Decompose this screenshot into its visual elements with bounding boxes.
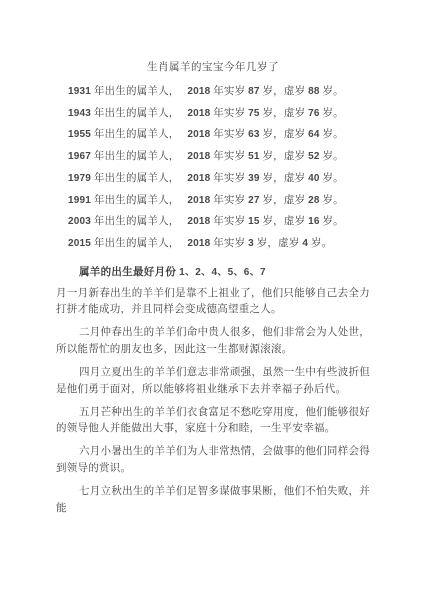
birth-year: 1943 bbox=[68, 108, 91, 119]
born-text: 年出生的属羊人， bbox=[94, 108, 180, 119]
mid-text: 岁，虚岁 bbox=[262, 195, 305, 206]
real-age: 75 bbox=[248, 108, 260, 119]
real-age-label: 年实岁 bbox=[213, 151, 245, 162]
age-row: 1991 年出生的属羊人， 2018 年实岁 27 岁，虚岁 28 岁。 bbox=[68, 190, 370, 212]
birth-year: 1955 bbox=[68, 129, 91, 140]
real-age-label: 年实岁 bbox=[213, 129, 245, 140]
real-age: 15 bbox=[248, 216, 260, 227]
ref-year: 2018 bbox=[187, 216, 210, 227]
ref-year: 2018 bbox=[187, 173, 210, 184]
real-age: 39 bbox=[248, 173, 260, 184]
end-text: 岁。 bbox=[311, 238, 332, 249]
nominal-age: 76 bbox=[308, 108, 320, 119]
ref-year: 2018 bbox=[187, 108, 210, 119]
born-text: 年出生的属羊人， bbox=[94, 173, 180, 184]
mid-text: 岁，虚岁 bbox=[262, 86, 305, 97]
birth-year: 1967 bbox=[68, 151, 91, 162]
nominal-age: 40 bbox=[308, 173, 320, 184]
document-content: 生肖属羊的宝宝今年几岁了 1931 年出生的属羊人， 2018 年实岁 87 岁… bbox=[56, 61, 370, 517]
mid-text: 岁，虚岁 bbox=[262, 173, 305, 184]
birth-year: 1931 bbox=[68, 86, 91, 97]
mid-text: 岁，虚岁 bbox=[257, 238, 300, 249]
end-text: 岁。 bbox=[322, 108, 343, 119]
real-age: 3 bbox=[248, 238, 254, 249]
page-title: 生肖属羊的宝宝今年几岁了 bbox=[56, 61, 370, 74]
born-text: 年出生的属羊人， bbox=[94, 238, 180, 249]
best-months-numbers: 1、2、4、5、6、7 bbox=[179, 267, 266, 278]
age-row: 1943 年出生的属羊人， 2018 年实岁 75 岁，虚岁 76 岁。 bbox=[68, 103, 370, 125]
nominal-age: 52 bbox=[308, 151, 320, 162]
ref-year: 2018 bbox=[187, 86, 210, 97]
paragraph-may: 五月芒种出生的羊羊们衣食富足不愁吃穿用度，他们能够很好的领导他人并能做出大事，家… bbox=[56, 405, 370, 438]
paragraph-july: 七月立秋出生的羊羊们足智多谋做事果断，他们不怕失败，并能 bbox=[56, 484, 370, 517]
best-months-label: 属羊的出生最好月份 bbox=[79, 267, 176, 278]
born-text: 年出生的属羊人， bbox=[94, 129, 180, 140]
age-row: 1955 年出生的属羊人， 2018 年实岁 63 岁，虚岁 64 岁。 bbox=[68, 124, 370, 146]
paragraph-june: 六月小暑出生的羊羊们为人非常热情，会做事的他们同样会得到领导的赏识。 bbox=[56, 444, 370, 477]
paragraph-january: 月一月新春出生的羊羊们是靠不上祖业了，他们只能够自己去全力打拼才能成功，并且同样… bbox=[56, 286, 370, 319]
birth-year: 1991 bbox=[68, 195, 91, 206]
mid-text: 岁，虚岁 bbox=[262, 151, 305, 162]
real-age: 87 bbox=[248, 86, 260, 97]
nominal-age: 28 bbox=[308, 195, 320, 206]
real-age: 27 bbox=[248, 195, 260, 206]
real-age-label: 年实岁 bbox=[213, 173, 245, 184]
mid-text: 岁，虚岁 bbox=[262, 129, 305, 140]
end-text: 岁。 bbox=[322, 86, 343, 97]
end-text: 岁。 bbox=[322, 151, 343, 162]
age-list: 1931 年出生的属羊人， 2018 年实岁 87 岁，虚岁 88 岁。 194… bbox=[68, 81, 370, 255]
ref-year: 2018 bbox=[187, 238, 210, 249]
real-age-label: 年实岁 bbox=[213, 238, 245, 249]
real-age: 51 bbox=[248, 151, 260, 162]
age-row: 2003 年出生的属羊人， 2018 年实岁 15 岁，虚岁 16 岁。 bbox=[68, 211, 370, 233]
real-age: 63 bbox=[248, 129, 260, 140]
end-text: 岁。 bbox=[322, 195, 343, 206]
mid-text: 岁，虚岁 bbox=[262, 108, 305, 119]
nominal-age: 4 bbox=[302, 238, 308, 249]
paragraph-april: 四月立夏出生的羊羊们意志非常顽强，虽然一生中有些波折但是他们勇于面对，所以能够将… bbox=[56, 365, 370, 398]
end-text: 岁。 bbox=[322, 216, 343, 227]
born-text: 年出生的属羊人， bbox=[94, 151, 180, 162]
nominal-age: 16 bbox=[308, 216, 320, 227]
real-age-label: 年实岁 bbox=[213, 108, 245, 119]
nominal-age: 88 bbox=[308, 86, 320, 97]
ref-year: 2018 bbox=[187, 129, 210, 140]
birth-year: 1979 bbox=[68, 173, 91, 184]
age-row: 1979 年出生的属羊人， 2018 年实岁 39 岁，虚岁 40 岁。 bbox=[68, 168, 370, 190]
age-row: 1967 年出生的属羊人， 2018 年实岁 51 岁，虚岁 52 岁。 bbox=[68, 146, 370, 168]
best-months-heading: 属羊的出生最好月份 1、2、4、5、6、7 bbox=[56, 265, 370, 282]
birth-year: 2015 bbox=[68, 238, 91, 249]
born-text: 年出生的属羊人， bbox=[94, 86, 180, 97]
mid-text: 岁，虚岁 bbox=[262, 216, 305, 227]
paragraph-february: 二月仲春出生的羊羊们命中贵人很多，他们非常会为人处世，所以能帮忙的朋友也多，因此… bbox=[56, 325, 370, 358]
nominal-age: 64 bbox=[308, 129, 320, 140]
ref-year: 2018 bbox=[187, 151, 210, 162]
end-text: 岁。 bbox=[322, 129, 343, 140]
age-row: 2015 年出生的属羊人， 2018 年实岁 3 岁，虚岁 4 岁。 bbox=[68, 233, 370, 255]
document-page: 生肖属羊的宝宝今年几岁了 1931 年出生的属羊人， 2018 年实岁 87 岁… bbox=[0, 0, 423, 600]
born-text: 年出生的属羊人， bbox=[94, 195, 180, 206]
ref-year: 2018 bbox=[187, 195, 210, 206]
real-age-label: 年实岁 bbox=[213, 86, 245, 97]
real-age-label: 年实岁 bbox=[213, 216, 245, 227]
birth-year: 2003 bbox=[68, 216, 91, 227]
born-text: 年出生的属羊人， bbox=[94, 216, 180, 227]
age-row: 1931 年出生的属羊人， 2018 年实岁 87 岁，虚岁 88 岁。 bbox=[68, 81, 370, 103]
real-age-label: 年实岁 bbox=[213, 195, 245, 206]
end-text: 岁。 bbox=[322, 173, 343, 184]
